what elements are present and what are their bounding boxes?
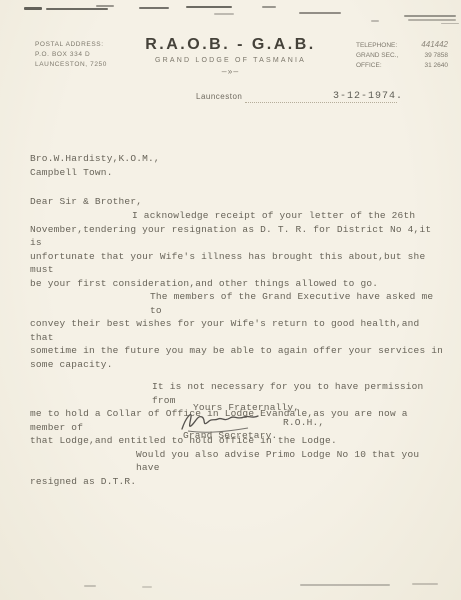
body-line: November,tendering your resignation as D… (30, 223, 444, 250)
contact-value: 39 7858 (425, 51, 449, 61)
scanned-letter-page: POSTAL ADDRESS: P.O. BOX 334 D LAUNCESTO… (0, 0, 461, 600)
contact-row: TELEPHONE: 441442 (356, 41, 448, 51)
contact-value: 441442 (421, 40, 448, 51)
scan-smudge (299, 12, 341, 14)
scan-smudge (24, 7, 42, 10)
letter-body: I acknowledge receipt of your letter of … (30, 209, 444, 488)
place-label: Launceston (196, 92, 242, 101)
contact-row: GRAND SEC., 39 7858 (356, 51, 448, 61)
body-line: unfortunate that your Wife's illness has… (30, 250, 444, 277)
paragraph: Would you also advise Primo Lodge No 10 … (30, 448, 444, 489)
scan-smudge (46, 8, 108, 10)
addressee-line: Bro.W.Hardisty,K.O.M., (30, 152, 160, 166)
body-line: The members of the Grand Executive have … (30, 290, 444, 317)
scan-smudge (441, 23, 459, 24)
addressee-line: Campbell Town. (30, 166, 160, 180)
contact-label: TELEPHONE: (356, 41, 397, 51)
contact-block: TELEPHONE: 441442 GRAND SEC., 39 7858 OF… (356, 41, 448, 71)
scan-smudge (300, 584, 390, 586)
scan-smudge (84, 585, 96, 587)
contact-label: GRAND SEC., (356, 51, 398, 61)
body-line: resigned as D.T.R. (30, 475, 444, 489)
paragraph: I acknowledge receipt of your letter of … (30, 209, 444, 290)
paragraph: The members of the Grand Executive have … (30, 290, 444, 371)
scan-smudge (139, 7, 169, 9)
signer-title: Grand Secretary. (183, 430, 277, 441)
dateline: Launceston 3-12-1974. (0, 90, 461, 110)
scan-smudge (408, 19, 456, 21)
scan-smudge (262, 6, 276, 8)
scan-smudge (371, 20, 379, 22)
scan-smudge (404, 15, 456, 17)
body-line: be your first consideration,and other th… (30, 277, 444, 291)
scan-smudge (186, 6, 232, 8)
body-line: convey their best wishes for your Wife's… (30, 317, 444, 344)
signer-rank: R.O.H., (283, 417, 324, 428)
body-line: some capacity. (30, 358, 444, 372)
addressee-block: Bro.W.Hardisty,K.O.M., Campbell Town. (30, 152, 160, 179)
body-line: I acknowledge receipt of your letter of … (30, 209, 444, 223)
contact-value: 31 2640 (425, 61, 449, 71)
body-line: Would you also advise Primo Lodge No 10 … (30, 448, 444, 475)
contact-label: OFFICE: (356, 61, 382, 71)
scan-smudge (214, 13, 234, 15)
body-line: sometime in the future you may be able t… (30, 344, 444, 358)
scan-smudge (142, 586, 152, 588)
scan-smudge (96, 5, 114, 7)
scan-smudge (412, 583, 438, 585)
salutation: Dear Sir & Brother, (30, 196, 142, 207)
contact-row: OFFICE: 31 2640 (356, 61, 448, 71)
date-value: 3-12-1974. (333, 91, 403, 102)
date-rule (245, 102, 397, 103)
